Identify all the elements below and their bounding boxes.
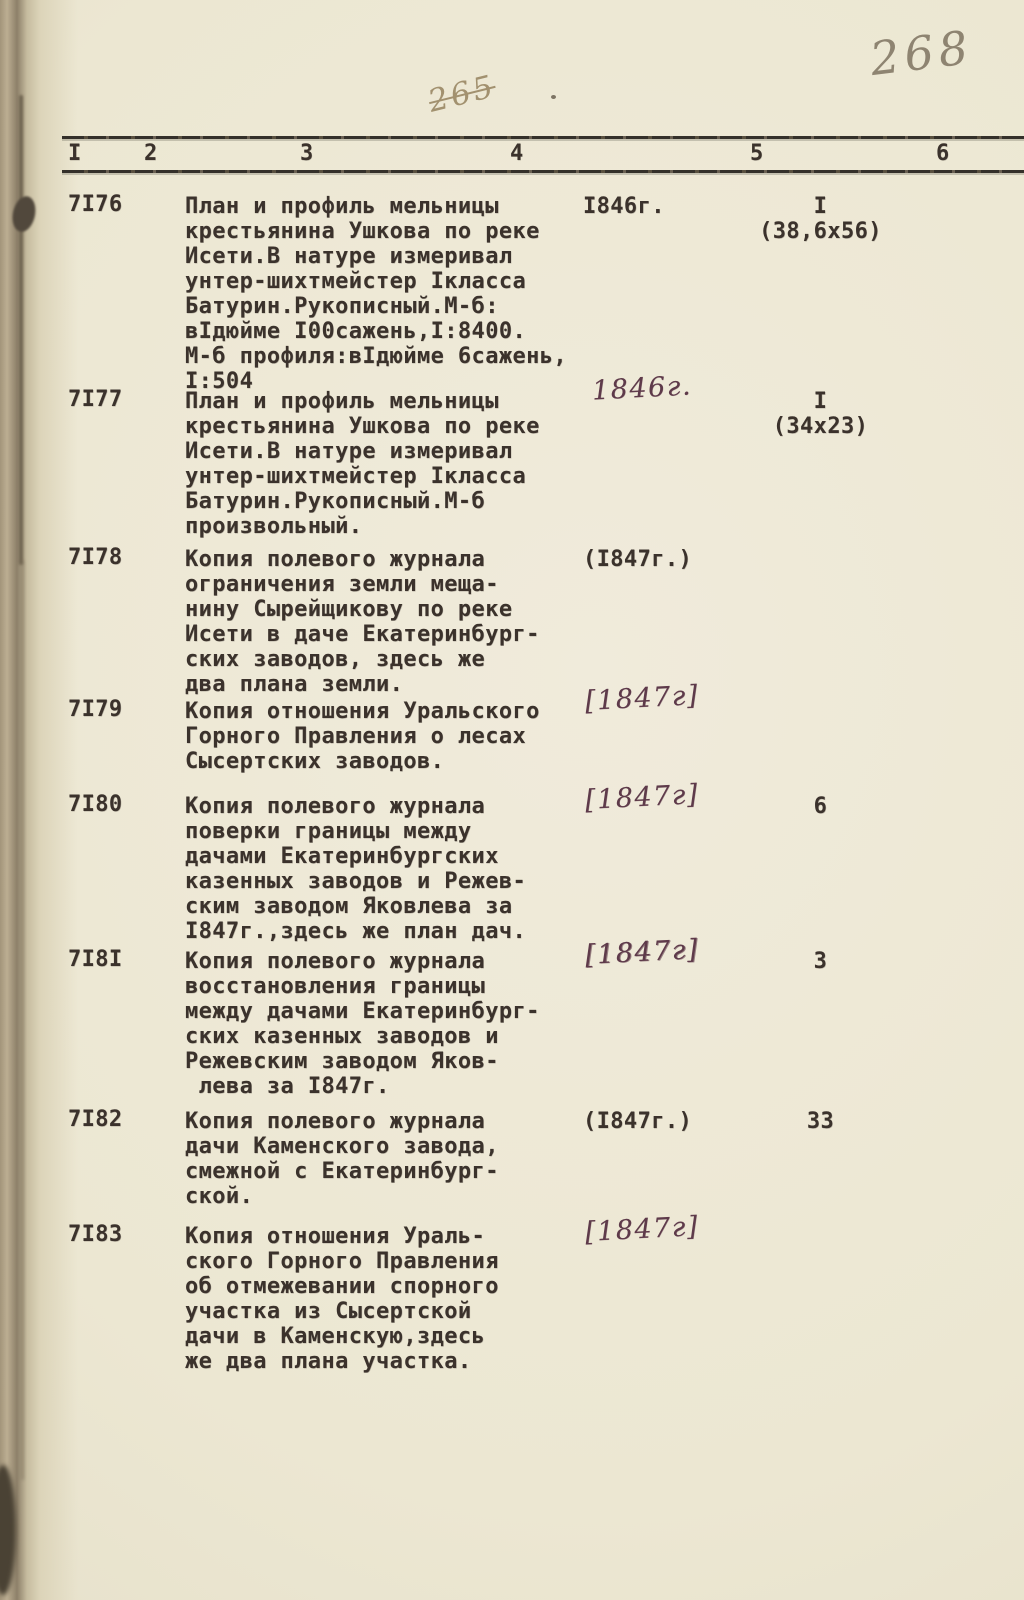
- row-date-handwritten: 1846г.: [591, 370, 692, 406]
- binding-crease-lower: [21, 560, 24, 1480]
- row-count-value: I: [814, 194, 828, 219]
- row-count: 3: [748, 949, 893, 974]
- row-description: Копия полевого журнала поверки границы м…: [185, 794, 625, 944]
- row-date: I846г.: [583, 194, 665, 219]
- row-count: 6: [748, 794, 893, 819]
- row-number: 7I8I: [68, 947, 123, 972]
- row-date-handwritten: [1847г]: [584, 934, 699, 971]
- row-count-value: 3: [814, 949, 828, 974]
- row-number: 7I76: [68, 192, 123, 217]
- row-size: (38,6x56): [759, 219, 882, 244]
- column-header-1: I: [68, 141, 82, 166]
- row-date: (I847г.): [583, 547, 692, 572]
- row-number: 7I82: [68, 1107, 123, 1132]
- row-count-value: 33: [807, 1109, 834, 1134]
- column-header-4: 4: [510, 141, 524, 166]
- row-date-handwritten: [1847г]: [584, 680, 699, 717]
- binding-crease: [19, 95, 23, 565]
- row-date: (I847г.): [583, 1109, 692, 1134]
- row-number: 7I77: [68, 387, 123, 412]
- header-rule-top: [62, 136, 1024, 139]
- row-count-value: 6: [814, 794, 828, 819]
- row-description: Копия полевого журнала восстановления гр…: [185, 949, 625, 1099]
- row-description: План и профиль мельницы крестьянина Ушко…: [185, 194, 625, 394]
- row-date-handwritten: [1847г]: [584, 1211, 699, 1248]
- row-size: (34x23): [773, 414, 869, 439]
- column-header-6: 6: [936, 141, 950, 166]
- row-count-value: I: [814, 389, 828, 414]
- row-count: 33: [748, 1109, 893, 1134]
- row-description: План и профиль мельницы крестьянина Ушко…: [185, 389, 625, 539]
- row-description: Копия отношения Ураль- ского Горного Пра…: [185, 1224, 625, 1374]
- row-description: Копия отношения Уральского Горного Правл…: [185, 699, 625, 774]
- row-count: I (38,6x56): [748, 194, 893, 244]
- row-description: Копия полевого журнала ограничения земли…: [185, 547, 625, 697]
- row-date-handwritten: [1847г]: [584, 779, 699, 816]
- row-count: I (34x23): [748, 389, 893, 439]
- row-number: 7I78: [68, 545, 123, 570]
- column-header-2: 2: [144, 141, 158, 166]
- page-number-pencil: 268: [867, 20, 976, 86]
- row-number: 7I80: [68, 792, 123, 817]
- page-number-crossed-out: 265: [425, 68, 500, 119]
- header-rule-bottom: [62, 170, 1024, 173]
- column-header-3: 3: [300, 141, 314, 166]
- row-number: 7I79: [68, 697, 123, 722]
- column-header-5: 5: [750, 141, 764, 166]
- archival-inventory-page: 268 265 I 2 3 4 5 6 7I76 План и профиль …: [0, 0, 1024, 1600]
- row-number: 7I83: [68, 1222, 123, 1247]
- row-description: Копия полевого журнала дачи Каменского з…: [185, 1109, 625, 1209]
- pencil-speck: [551, 95, 556, 99]
